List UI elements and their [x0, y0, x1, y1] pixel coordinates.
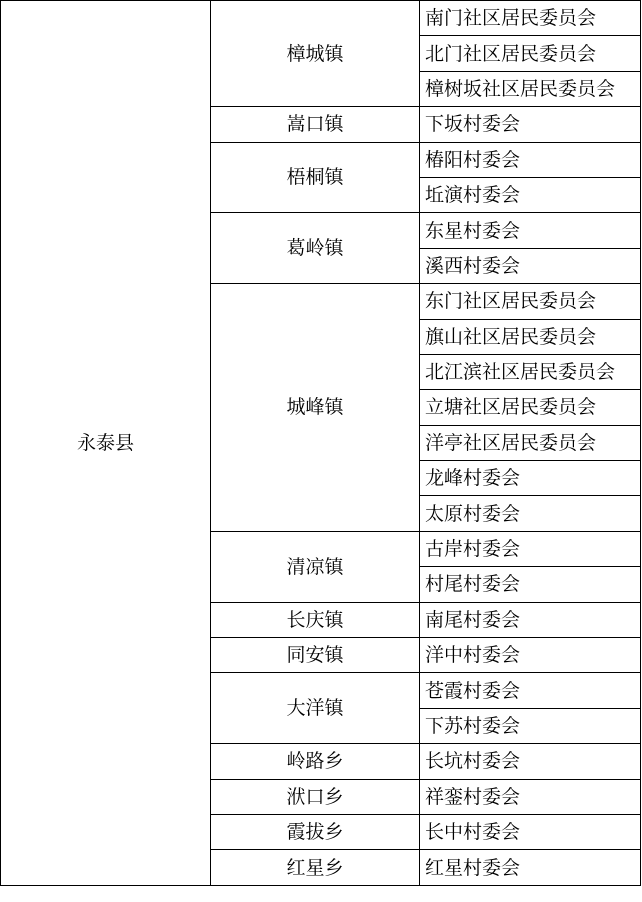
village-cell: 洋亭社区居民委员会	[420, 425, 641, 460]
village-cell: 长坑村委会	[420, 744, 641, 779]
village-cell: 南门社区居民委员会	[420, 1, 641, 36]
village-cell: 下苏村委会	[420, 708, 641, 743]
village-cell: 北门社区居民委员会	[420, 36, 641, 71]
village-cell: 古岸村委会	[420, 531, 641, 566]
village-cell: 北江滨社区居民委员会	[420, 354, 641, 389]
town-cell: 红星乡	[211, 850, 420, 885]
village-cell: 南尾村委会	[420, 602, 641, 637]
town-cell: 樟城镇	[211, 1, 420, 107]
village-cell: 苍霞村委会	[420, 673, 641, 708]
village-cell: 东星村委会	[420, 213, 641, 248]
village-cell: 坵演村委会	[420, 177, 641, 212]
village-cell: 长中村委会	[420, 814, 641, 849]
village-cell: 村尾村委会	[420, 567, 641, 602]
table-body: 永泰县樟城镇南门社区居民委员会北门社区居民委员会樟树坂社区居民委员会嵩口镇下坂村…	[1, 1, 641, 886]
town-cell: 清凉镇	[211, 531, 420, 602]
village-cell: 祥銮村委会	[420, 779, 641, 814]
village-cell: 东门社区居民委员会	[420, 284, 641, 319]
county-cell: 永泰县	[1, 1, 211, 886]
admin-division-table: 永泰县樟城镇南门社区居民委员会北门社区居民委员会樟树坂社区居民委员会嵩口镇下坂村…	[0, 0, 641, 886]
town-cell: 嵩口镇	[211, 107, 420, 142]
town-cell: 洑口乡	[211, 779, 420, 814]
village-cell: 红星村委会	[420, 850, 641, 885]
town-cell: 岭路乡	[211, 744, 420, 779]
village-cell: 下坂村委会	[420, 107, 641, 142]
table-row: 永泰县樟城镇南门社区居民委员会	[1, 1, 641, 36]
village-cell: 洋中村委会	[420, 638, 641, 673]
village-cell: 龙峰村委会	[420, 461, 641, 496]
town-cell: 大洋镇	[211, 673, 420, 744]
town-cell: 长庆镇	[211, 602, 420, 637]
town-cell: 梧桐镇	[211, 142, 420, 213]
village-cell: 太原村委会	[420, 496, 641, 531]
town-cell: 霞拔乡	[211, 814, 420, 849]
village-cell: 旗山社区居民委员会	[420, 319, 641, 354]
village-cell: 椿阳村委会	[420, 142, 641, 177]
village-cell: 立塘社区居民委员会	[420, 390, 641, 425]
town-cell: 葛岭镇	[211, 213, 420, 284]
village-cell: 樟树坂社区居民委员会	[420, 71, 641, 106]
village-cell: 溪西村委会	[420, 248, 641, 283]
town-cell: 城峰镇	[211, 284, 420, 532]
town-cell: 同安镇	[211, 638, 420, 673]
